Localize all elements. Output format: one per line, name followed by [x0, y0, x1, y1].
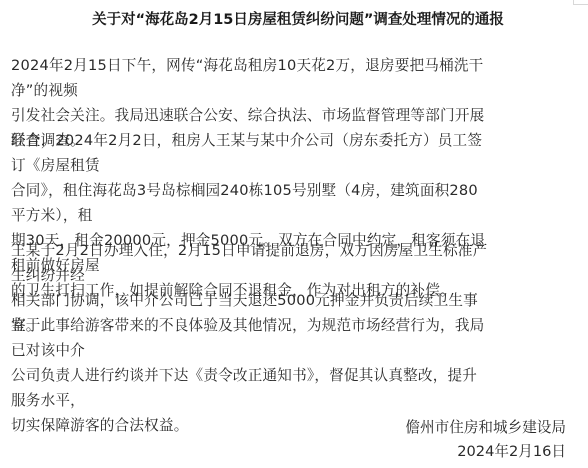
notice-title: 关于对“海花岛2月15日房屋租赁纠纷问题”调查处理情况的通报	[0, 9, 588, 31]
issue-date: 2024年2月16日	[405, 440, 566, 464]
corner-border-mark	[573, 0, 588, 5]
signature-block: 儋州市住房和城乡建设局 2024年2月16日	[405, 416, 566, 464]
issuer-name: 儋州市住房和城乡建设局	[405, 416, 566, 440]
